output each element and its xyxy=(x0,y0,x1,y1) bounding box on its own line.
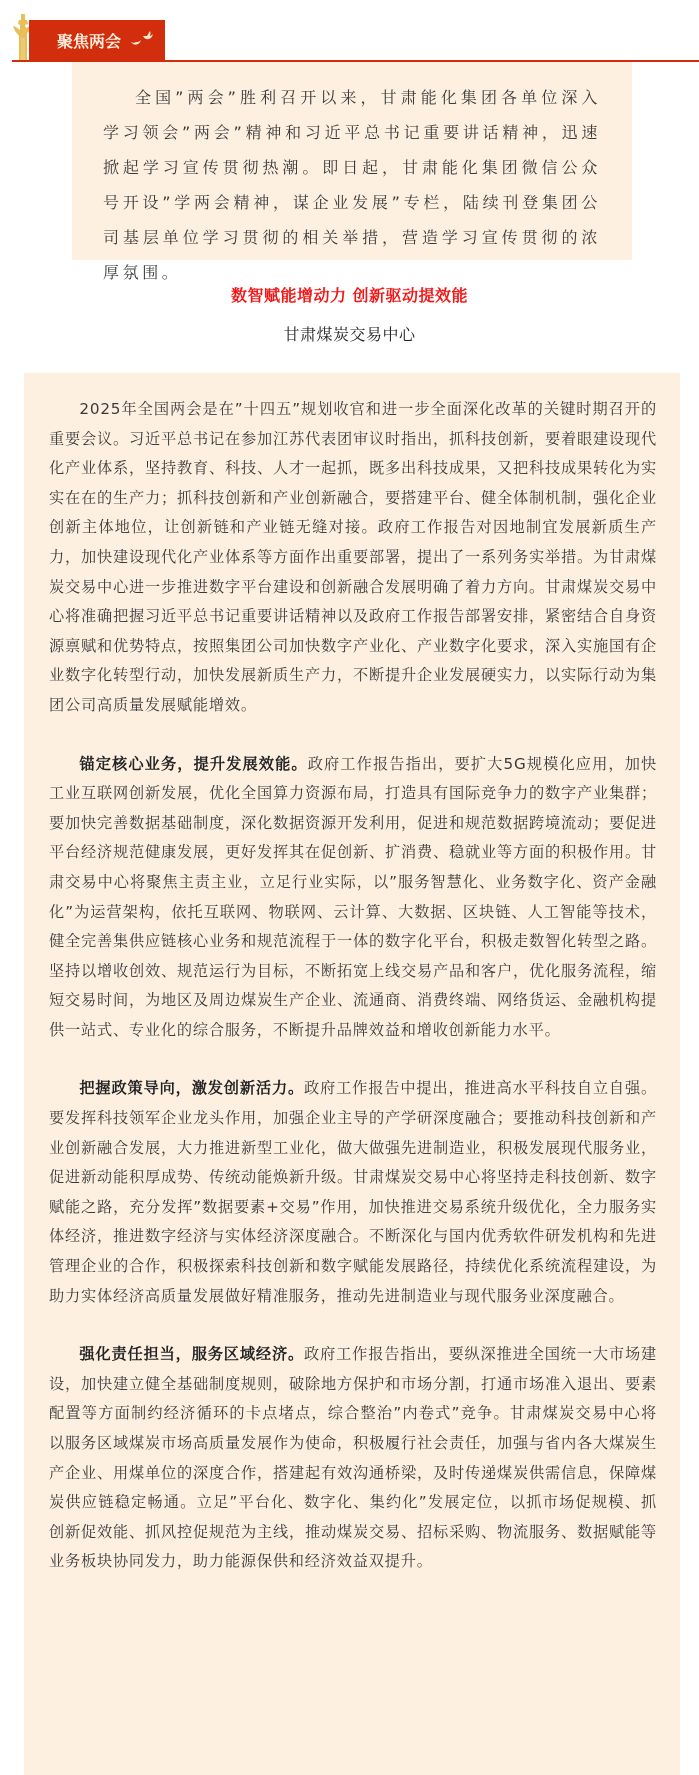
paragraph-lead: 锚定核心业务，提升发展效能。 xyxy=(79,755,307,773)
paragraph-lead: 把握政策导向，激发创新活力。 xyxy=(79,1079,304,1097)
paragraph-text: 政府工作报告指出，要纵深推进全国统一大市场建设，加快建立健全基础制度规则，破除地… xyxy=(49,1345,657,1570)
article-paragraph: 锚定核心业务，提升发展效能。政府工作报告指出，要扩大5G规模化应用，加快工业互联… xyxy=(49,750,657,1046)
section-header: 聚焦两会 xyxy=(0,0,699,62)
intro-text: 全国”两会”胜利召开以来，甘肃能化集团各单位深入学习领会”两会”精神和习近平总书… xyxy=(103,80,601,290)
paragraph-text: 政府工作报告中提出，推进高水平科技自立自强。要发挥科技领军企业龙头作用，加强企业… xyxy=(49,1079,657,1304)
article-paragraph: 把握政策导向，激发创新活力。政府工作报告中提出，推进高水平科技自立自强。要发挥科… xyxy=(49,1074,657,1311)
article-source: 甘肃煤炭交易中心 xyxy=(0,322,699,345)
article-paragraph: 2025年全国两会是在”十四五”规划收官和进一步全面深化改革的关键时期召开的重要… xyxy=(49,395,657,721)
section-label-tab: 聚焦两会 xyxy=(29,20,165,61)
paragraph-text: 政府工作报告指出，要扩大5G规模化应用，加快工业互联网创新发展，优化全国算力资源… xyxy=(49,755,657,1039)
section-label: 聚焦两会 xyxy=(57,29,121,52)
article-body: 2025年全国两会是在”十四五”规划收官和进一步全面深化改革的关键时期召开的重要… xyxy=(24,373,680,1775)
doves-icon xyxy=(129,30,157,52)
article-paragraph: 强化责任担当，服务区域经济。政府工作报告指出，要纵深推进全国统一大市场建设，加快… xyxy=(49,1340,657,1577)
paragraph-lead: 强化责任担当，服务区域经济。 xyxy=(79,1345,304,1363)
article-title: 数智赋能增动力 创新驱动提效能 xyxy=(0,283,699,306)
paragraph-text: 2025年全国两会是在”十四五”规划收官和进一步全面深化改革的关键时期召开的重要… xyxy=(49,400,657,714)
intro-box: 全国”两会”胜利召开以来，甘肃能化集团各单位深入学习领会”两会”精神和习近平总书… xyxy=(72,62,632,260)
